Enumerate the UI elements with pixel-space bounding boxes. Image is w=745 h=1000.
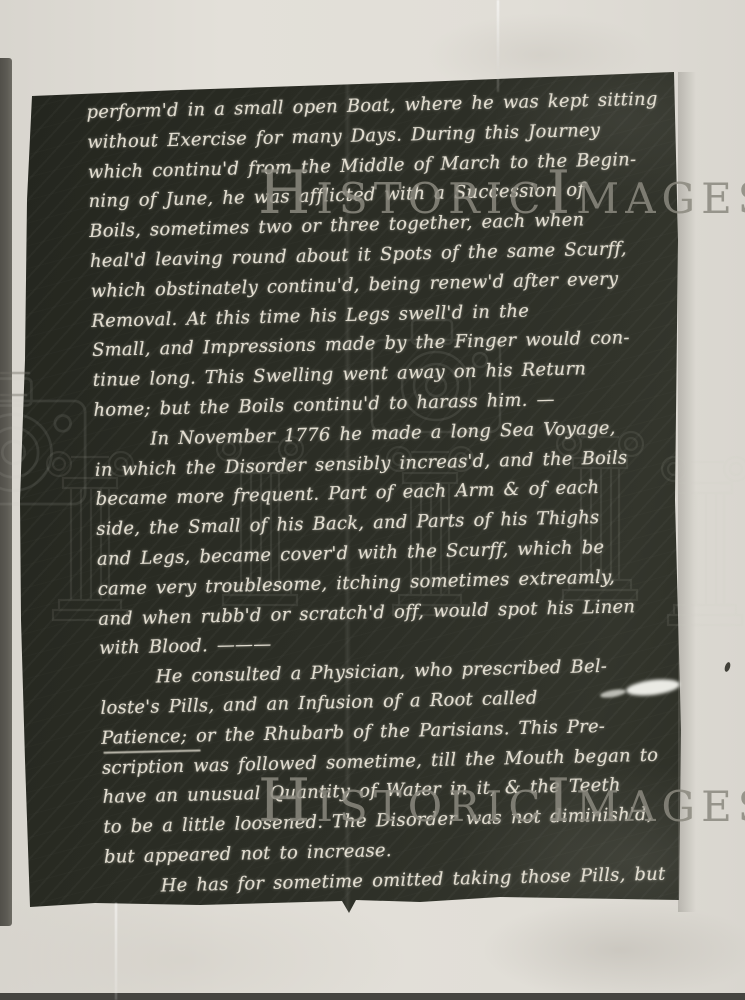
- scan-edge-bottom: [0, 993, 745, 1000]
- manuscript-line-text: but appeared not to increase.: [104, 840, 392, 868]
- paper-crease-top: [497, 0, 499, 92]
- manuscript-line-text: with Blood. ———: [99, 634, 272, 659]
- paper-crease-bottom: [115, 903, 117, 1000]
- fold-mark: [0, 372, 30, 374]
- manuscript-text: perform'd in a small open Boat, where he…: [86, 78, 699, 902]
- dark-speck: [724, 661, 732, 672]
- manuscript-line-text: He consulted a Physician, who prescribed…: [156, 656, 608, 688]
- press-photo-canvas: perform'd in a small open Boat, where he…: [0, 0, 745, 1000]
- scan-edge-left: [0, 58, 12, 926]
- fold-mark: [0, 394, 27, 396]
